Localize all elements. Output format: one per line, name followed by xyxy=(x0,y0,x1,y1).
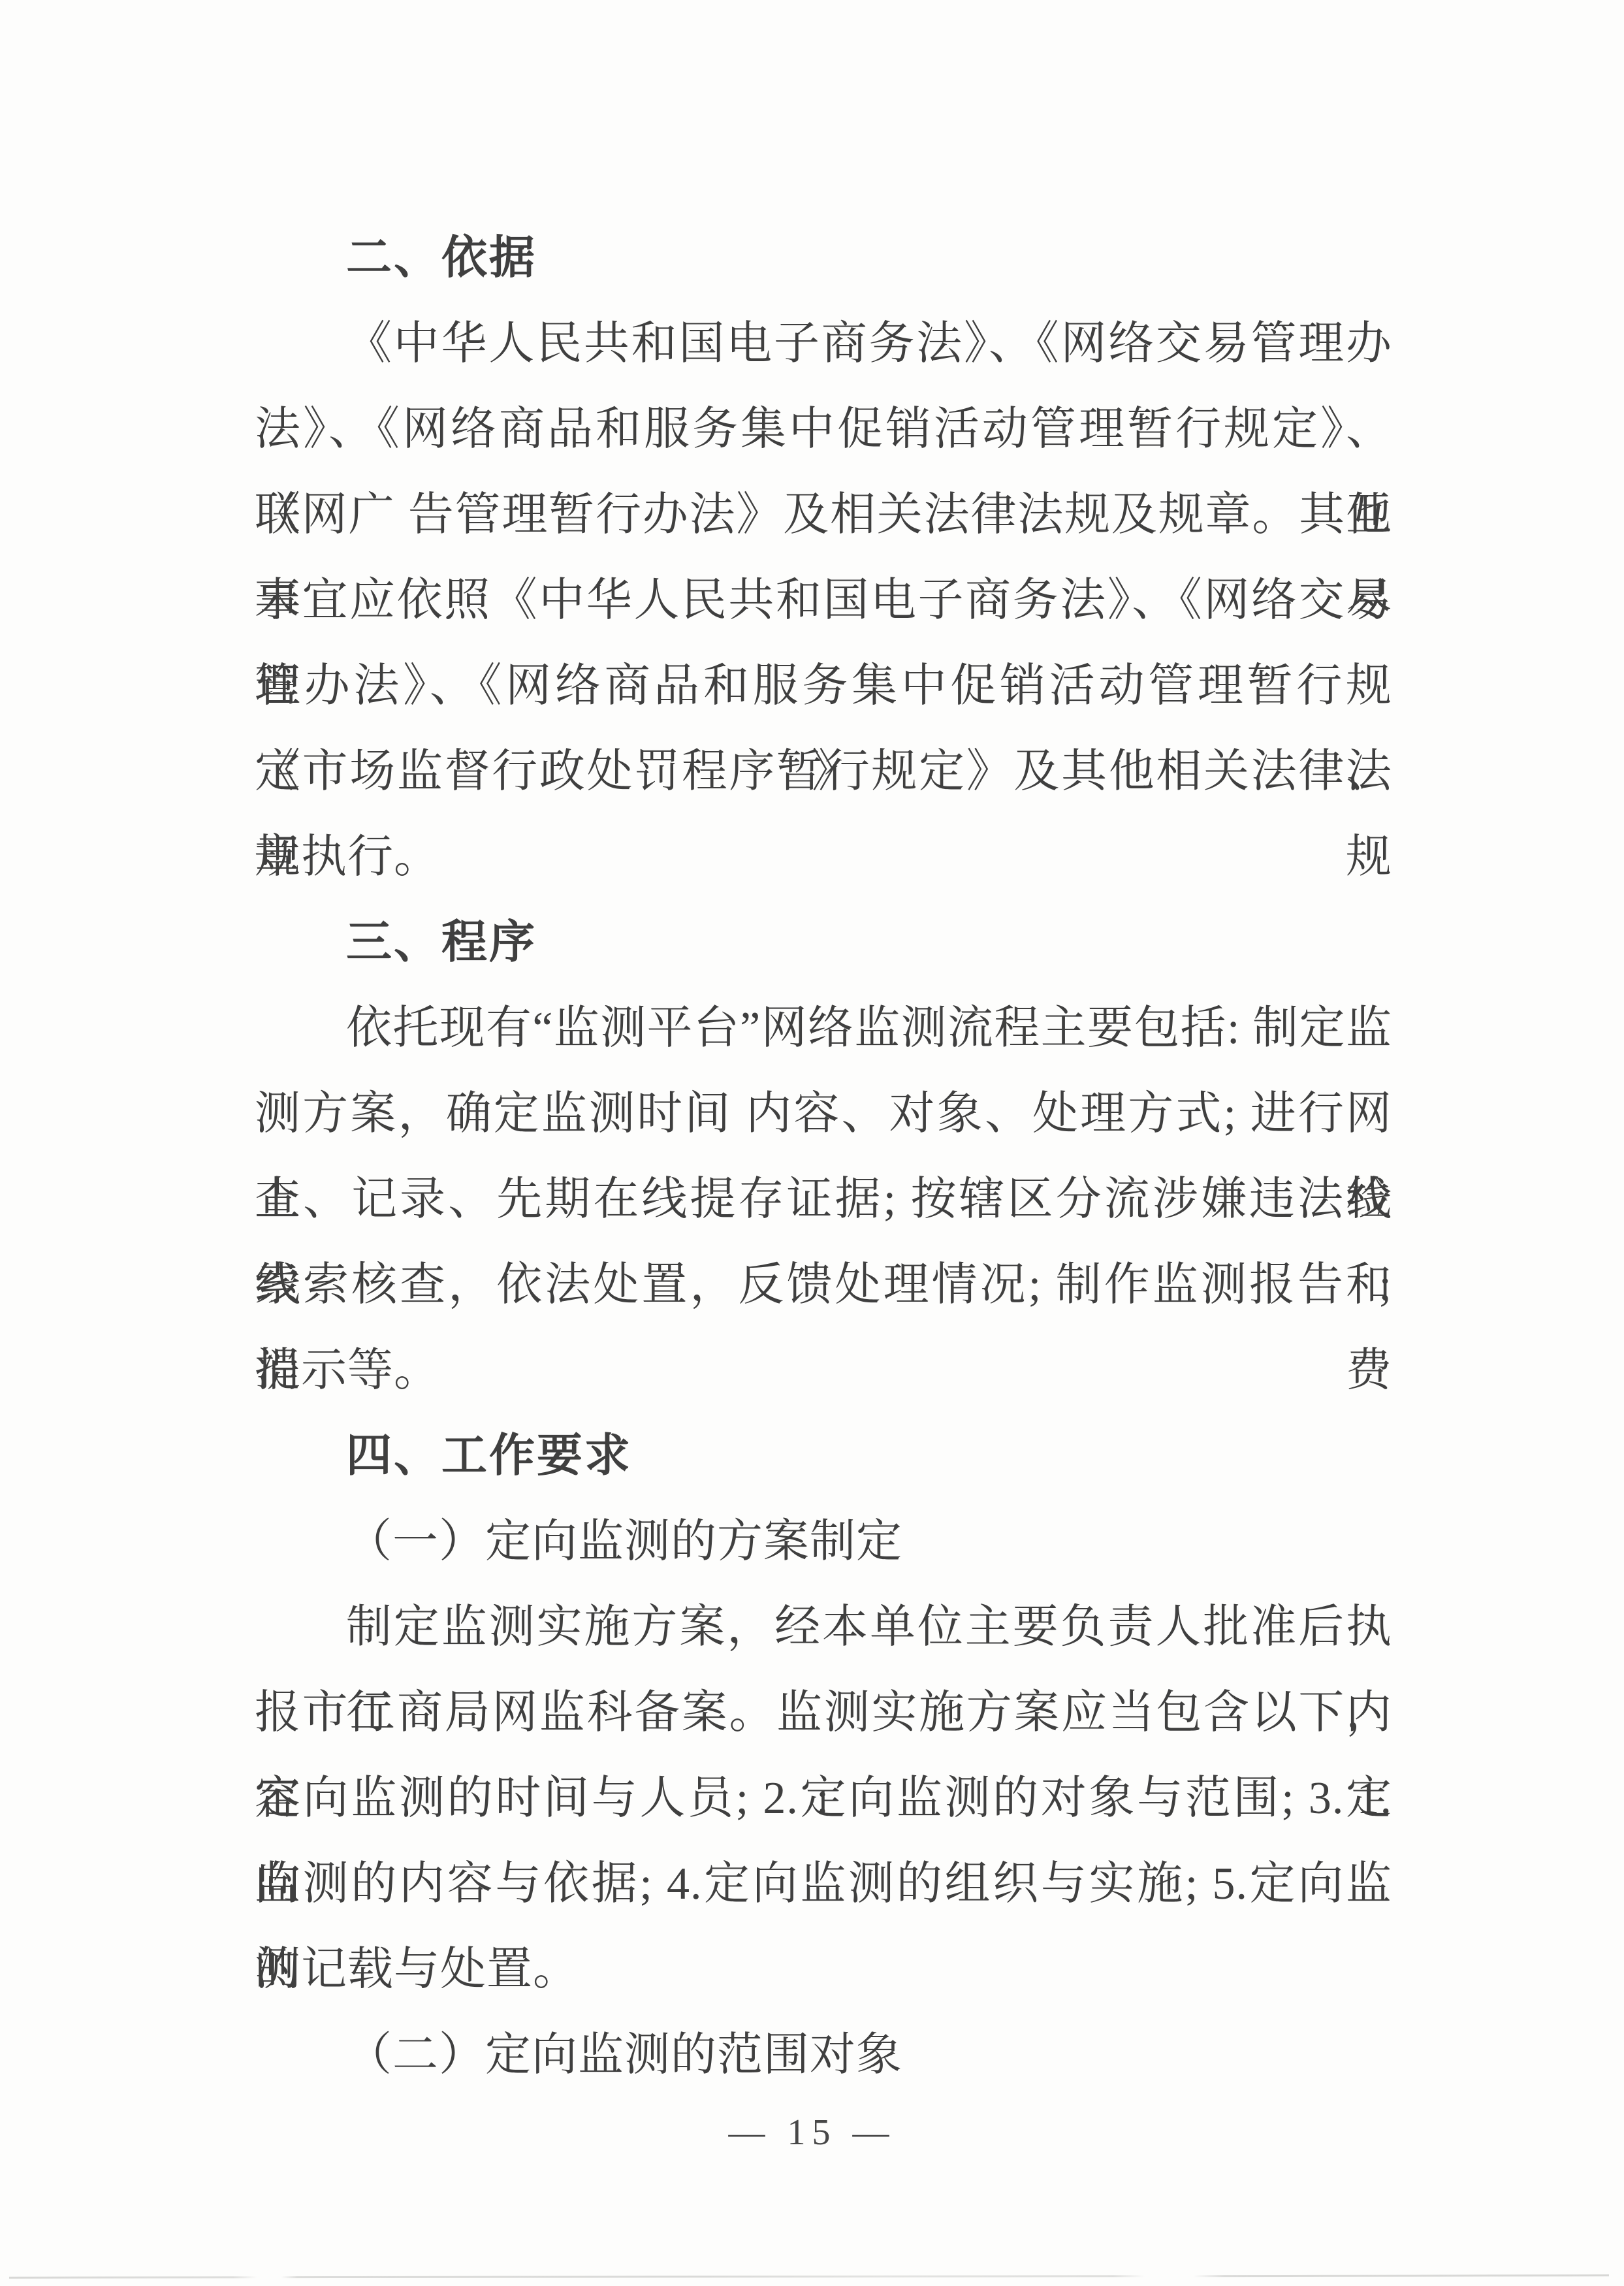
text-line: （二）定向监测的范围对象 xyxy=(255,2012,1392,2098)
text-line: 查、记录、先期在线提存证据; 按辖区分流涉嫌违法线索; xyxy=(255,1157,1392,1242)
text-line: 定向监测的时间与人员; 2.定向监测的对象与范围; 3.定 向 xyxy=(255,1756,1392,1841)
section-heading: 二、依据 xyxy=(255,216,1392,301)
text-line: 报市工商局网监科备案。监测实施方案应当包含以下内容: 1. xyxy=(255,1670,1392,1756)
text-line: 的记载与处置。 xyxy=(255,1927,1392,2012)
text-line: 《市场监督行政处罚程序暂行规定》及其他相关法律法规规 xyxy=(255,729,1392,814)
text-line: （一）定向监测的方案制定 xyxy=(255,1499,1392,1585)
text-line: 制定监测实施方案，经本单位主要负责人批准后执行， xyxy=(255,1585,1392,1670)
text-line: 《中华人民共和国电子商务法》、《网络交易管理办 xyxy=(255,301,1392,387)
text-line: 测方案，确定监测时间 内容、对象、处理方式; 进行网上 检 xyxy=(255,1071,1392,1157)
document-lines: 二、依据《中华人民共和国电子商务法》、《网络交易管理办法》、《网络商品和服务集中… xyxy=(255,216,1392,2098)
text-line: 线索核查，依法处置，反馈处理情况; 制作监测报告和消费 xyxy=(255,1242,1392,1328)
section-heading: 四、工作要求 xyxy=(255,1413,1392,1499)
text-line: 联网广 告管理暂行办法》及相关法律法规及规章。其他未尽 xyxy=(255,472,1392,558)
section-heading: 三、程序 xyxy=(255,900,1392,986)
scan-artifact-line xyxy=(9,2274,1609,2278)
text-line: 理办法》、《网络商品和服务集中促销活动管理暂行规定》、 xyxy=(255,643,1392,729)
text-line: 监测的内容与依据; 4.定向监测的组织与实施; 5.定向监测 xyxy=(255,1841,1392,1927)
document-page: 二、依据《中华人民共和国电子商务法》、《网络交易管理办法》、《网络商品和服务集中… xyxy=(0,0,1624,2286)
text-line: 依托现有“监测平台”网络监测流程主要包括: 制定监 xyxy=(255,986,1392,1071)
text-line: 事宜应依照《中华人民共和国电子商务法》、《网络交易管 xyxy=(255,558,1392,643)
text-line: 法》、《网络商品和服务集中促销活动管理暂行规定》、《互 xyxy=(255,387,1392,472)
page-number: — 15 — xyxy=(0,2106,1624,2159)
